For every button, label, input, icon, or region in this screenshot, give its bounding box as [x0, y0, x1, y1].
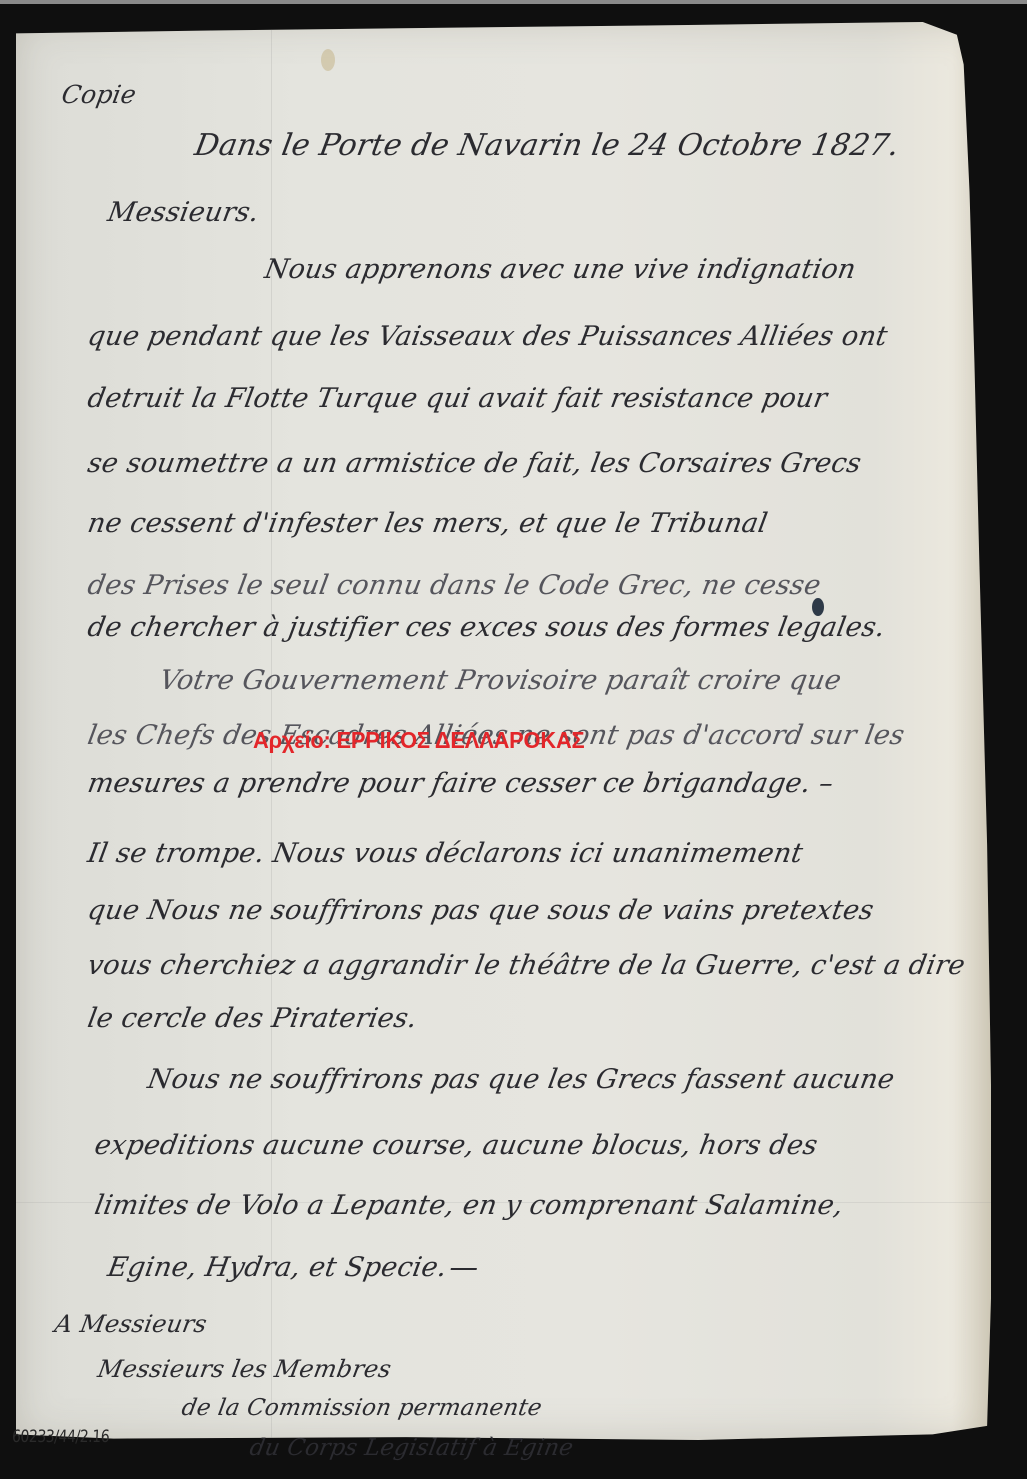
body-line: Nous apprenons avec une vive indignation [262, 254, 858, 285]
body-line: ne cessent d'infester les mers, et que l… [85, 508, 770, 539]
address-line: du Corps Legislatif à Egine [248, 1435, 576, 1461]
body-line-closing: Egine, Hydra, et Specie. [105, 1252, 479, 1283]
closing-text: Egine, Hydra, et Specie. [105, 1252, 449, 1283]
body-line: limites de Volo a Lepante, en y comprena… [92, 1190, 845, 1221]
body-line: des Prises le seul connu dans le Code Gr… [85, 570, 823, 601]
scanned-document-viewer: Copie Dans le Porte de Navarin le 24 Oct… [0, 0, 1027, 1479]
ink-blot [812, 598, 824, 616]
body-line: se soumettre a un armistice de fait, les… [85, 448, 863, 479]
body-line: mesures a prendre pour faire cesser ce b… [85, 768, 835, 799]
copy-note: Copie [59, 80, 138, 109]
address-line: A Messieurs [53, 1310, 210, 1338]
body-line: detruit la Flotte Turque qui avait fait … [85, 383, 829, 414]
body-line: que pendant que les Vaisseaux des Puissa… [85, 321, 890, 352]
closing-dash [450, 1268, 476, 1270]
body-line: Il se trompe. Nous vous déclarons ici un… [85, 838, 805, 869]
archive-shelfmark: 60233/44/2.16 [11, 1427, 109, 1447]
body-line: Votre Gouvernement Provisoire paraît cro… [157, 665, 844, 696]
body-line: expeditions aucune course, aucune blocus… [92, 1130, 820, 1161]
dateline: Dans le Porte de Navarin le 24 Octobre 1… [192, 128, 902, 163]
paper-stain [321, 49, 335, 71]
body-line: de chercher à justifier ces exces sous d… [85, 612, 887, 643]
address-line: de la Commission permanente [180, 1395, 544, 1421]
address-line: Messieurs les Membres [96, 1355, 394, 1383]
archive-watermark: Αρχείο: ΕΡΡΙΚΟΣ ΔΕΛΛΑΡΟΚΑΣ [253, 727, 584, 754]
scan-top-edge [0, 0, 1027, 4]
body-line: le cercle des Pirateries. [85, 1003, 419, 1034]
salutation: Messieurs. [105, 197, 261, 228]
body-line: que Nous ne souffrirons pas que sous de … [85, 895, 876, 926]
body-line: vous cherchiez a aggrandir le théâtre de… [85, 950, 967, 981]
body-line: Nous ne souffrirons pas que les Grecs fa… [145, 1064, 897, 1095]
